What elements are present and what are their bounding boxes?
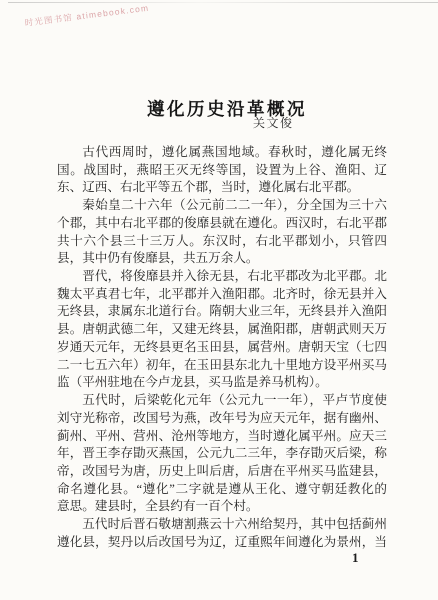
text-line: 意思。建县时，全县约有一百个村。 — [57, 498, 387, 516]
text-line: 二一七五六年）初年，在玉田县东北九十里地方设平州买马 — [57, 357, 387, 375]
scan-edge-artifact — [8, 2, 438, 3]
text-line: 五代时，后梁乾化元年（公元九一一年），平卢节度使 — [57, 392, 387, 410]
text-line: 刘守光称帝，改国号为燕，改年号为应天元年，据有幽州、 — [57, 410, 387, 428]
page-title: 遵化历史沿革概况 — [0, 96, 438, 121]
text-line: 古代西周时，遵化属燕国地域。春秋时，遵化属无终 — [57, 144, 387, 162]
paragraph: 晋代，将俊靡县并入徐无县，右北平郡改为北平郡。北魏太平真君七年，北平郡并入渔阳郡… — [57, 268, 387, 392]
text-line: 国。战国时，燕昭王灭无终等国，设置为上谷、渔阳、辽 — [57, 162, 387, 180]
scanned-book-page: 时光图书馆 atimebook.com 遵化历史沿革概况 关文俊 古代西周时，遵… — [0, 0, 438, 600]
paragraph: 五代时，后梁乾化元年（公元九一一年），平卢节度使刘守光称帝，改国号为燕，改年号为… — [57, 392, 387, 516]
paragraph: 五代时后晋石敬塘割燕云十六州给契丹，其中包括蓟州遵化县，契丹以后改国号为辽，辽重… — [57, 516, 387, 551]
text-line: 秦始皇二十六年（公元前二二一年），分全国为三十六 — [57, 197, 387, 215]
text-line: 晋代，将俊靡县并入徐无县，右北平郡改为北平郡。北 — [57, 268, 387, 286]
text-line: 无终县，隶属东北道行台。隋朝大业三年，无终县并入渔阳 — [57, 303, 387, 321]
author-name: 关文俊 — [253, 114, 294, 131]
text-line: 蓟州、平州、营州、沧州等地方，当时遵化属平州。应天三 — [57, 428, 387, 446]
text-line: 遵化县，契丹以后改国号为辽，辽重熙年间遵化为景州，当 — [57, 534, 387, 552]
watermark-text: 时光图书馆 atimebook.com — [24, 2, 150, 29]
text-line: 帝，改国号为唐，历史上叫后唐，后唐在平州买马监建县， — [57, 463, 387, 481]
body-text: 古代西周时，遵化属燕国地域。春秋时，遵化属无终国。战国时，燕昭王灭无终等国，设置… — [57, 144, 387, 552]
paragraph: 古代西周时，遵化属燕国地域。春秋时，遵化属无终国。战国时，燕昭王灭无终等国，设置… — [57, 144, 387, 197]
text-line: 县，其中仍有俊靡县，共五万余人。 — [57, 250, 387, 268]
text-line: 五代时后晋石敬塘割燕云十六州给契丹，其中包括蓟州 — [57, 516, 387, 534]
text-line: 命名遵化县。“遵化”二字就是遵从王化、遵守朝廷教化的 — [57, 481, 387, 499]
text-line: 县。唐朝武德二年，又建无终县，属渔阳郡，唐朝武则天万 — [57, 321, 387, 339]
text-line: 共十六个县三十三万人。东汉时，右北平郡划小，只管四 — [57, 233, 387, 251]
text-line: 东、辽西、右北平等五个郡，当时，遵化属右北平郡。 — [57, 179, 387, 197]
text-line: 岁通天元年，无终县更名玉田县，属营州。唐朝天宝（七四 — [57, 339, 387, 357]
page-number: 1 — [352, 550, 359, 566]
text-line: 年，晋王李存勖灭燕国，公元九二三年，李存勖灭后梁，称 — [57, 445, 387, 463]
text-line: 魏太平真君七年，北平郡并入渔阳郡。北齐时，徐无县并入 — [57, 286, 387, 304]
text-line: 个郡，其中右北平郡的俊靡县就在遵化。西汉时，右北平郡 — [57, 215, 387, 233]
text-line: 监（平州驻地在今卢龙县，买马监是养马机构）。 — [57, 374, 387, 392]
paragraph: 秦始皇二十六年（公元前二二一年），分全国为三十六个郡，其中右北平郡的俊靡县就在遵… — [57, 197, 387, 268]
